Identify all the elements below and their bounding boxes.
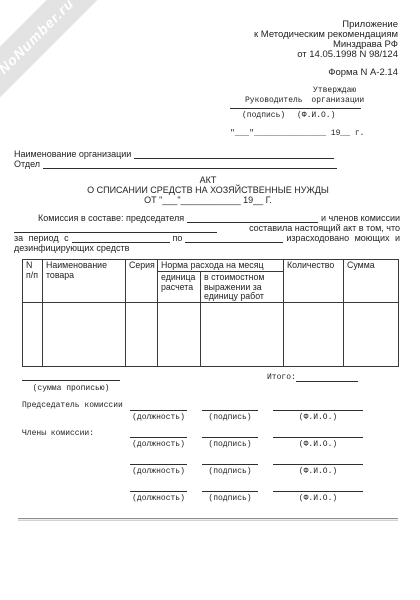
- act-title-line1: АКТ: [0, 175, 416, 185]
- name-caption: (Ф.И.О.): [273, 491, 363, 503]
- document-page: NoNumber.ru Приложение к Методическим ре…: [0, 0, 420, 600]
- approval-signature-line: [230, 108, 361, 109]
- sum-in-words-caption: (сумма прописью): [22, 384, 120, 393]
- form-number: Форма N А-2.14: [328, 67, 398, 78]
- table-cell: [23, 302, 43, 366]
- table-cell: [158, 302, 201, 366]
- department-label: Отдел: [14, 159, 40, 169]
- signature-caption: (подпись): [202, 491, 258, 503]
- table-cell: [344, 302, 399, 366]
- signature-caption: (подпись): [202, 437, 258, 449]
- act-title-line2: О СПИСАНИИ СРЕДСТВ НА ХОЗЯЙСТВЕННЫЕ НУЖД…: [0, 185, 416, 195]
- preamble-text: дезинфицирующих средств: [14, 243, 129, 253]
- table-row: [23, 302, 399, 366]
- col-header-sum: Сумма: [344, 260, 399, 303]
- appendix-line: от 14.05.1998 N 98/124: [254, 50, 398, 60]
- name-caption: (Ф.И.О.): [273, 437, 363, 449]
- table-cell: [43, 302, 126, 366]
- approval-name-caption: (Ф.И.О.): [297, 111, 335, 120]
- preamble-line-4: дезинфицирующих средств: [14, 242, 400, 253]
- chairman-label: Председатель комиссии: [22, 401, 123, 410]
- col-header-norm-unit: единица расчета: [158, 272, 201, 303]
- name-caption: (Ф.И.О.): [273, 410, 363, 422]
- member-signature-row: (должность) (подпись) (Ф.И.О.): [130, 464, 363, 476]
- col-header-quantity: Количество: [284, 260, 344, 303]
- bottom-divider: [18, 518, 398, 521]
- signature-caption: (подпись): [202, 464, 258, 476]
- members-label: Члены комиссии:: [22, 429, 94, 438]
- total-label: Итого:: [267, 373, 296, 382]
- department-row: Отдел: [14, 158, 400, 169]
- approver-title: Руководитель организации: [245, 96, 364, 105]
- approval-sign-caption: (подпись): [242, 111, 285, 120]
- act-title-date-line: ОТ "___"____________ 19__ Г.: [0, 195, 416, 205]
- col-header-series: Серия: [126, 260, 158, 303]
- sum-in-words-line: [22, 380, 120, 381]
- col-header-number: N п/п: [23, 260, 43, 303]
- materials-table: N п/п Наименование товара Серия Норма ра…: [22, 259, 399, 367]
- member-signature-row: (должность) (подпись) (Ф.И.О.): [130, 491, 363, 503]
- table-cell: [201, 302, 284, 366]
- member-signature-row: (должность) (подпись) (Ф.И.О.): [130, 437, 363, 449]
- approval-date-line: "___"_______________ 19__ г.: [230, 129, 364, 138]
- position-caption: (должность): [130, 464, 187, 476]
- appendix-block: Приложение к Методическим рекомендациям …: [254, 20, 398, 60]
- chairman-signature-row: (должность) (подпись) (Ф.И.О.): [130, 410, 363, 422]
- total-blank-line: [296, 372, 358, 382]
- col-header-norm-cost: в стоимостном выражении за единицу работ: [201, 272, 284, 303]
- position-caption: (должность): [130, 437, 187, 449]
- name-caption: (Ф.И.О.): [273, 464, 363, 476]
- signature-caption: (подпись): [202, 410, 258, 422]
- department-blank-line: [43, 159, 337, 169]
- table-cell: [126, 302, 158, 366]
- col-header-norm-group: Норма расхода на месяц: [158, 260, 284, 272]
- position-caption: (должность): [130, 491, 187, 503]
- watermark-text: NoNumber.ru: [0, 0, 77, 77]
- total-row: Итого:: [267, 372, 358, 382]
- position-caption: (должность): [130, 410, 187, 422]
- col-header-name: Наименование товара: [43, 260, 126, 303]
- approve-label: Утверждаю: [313, 86, 356, 95]
- watermark-banner: NoNumber.ru: [0, 0, 112, 112]
- table-cell: [284, 302, 344, 366]
